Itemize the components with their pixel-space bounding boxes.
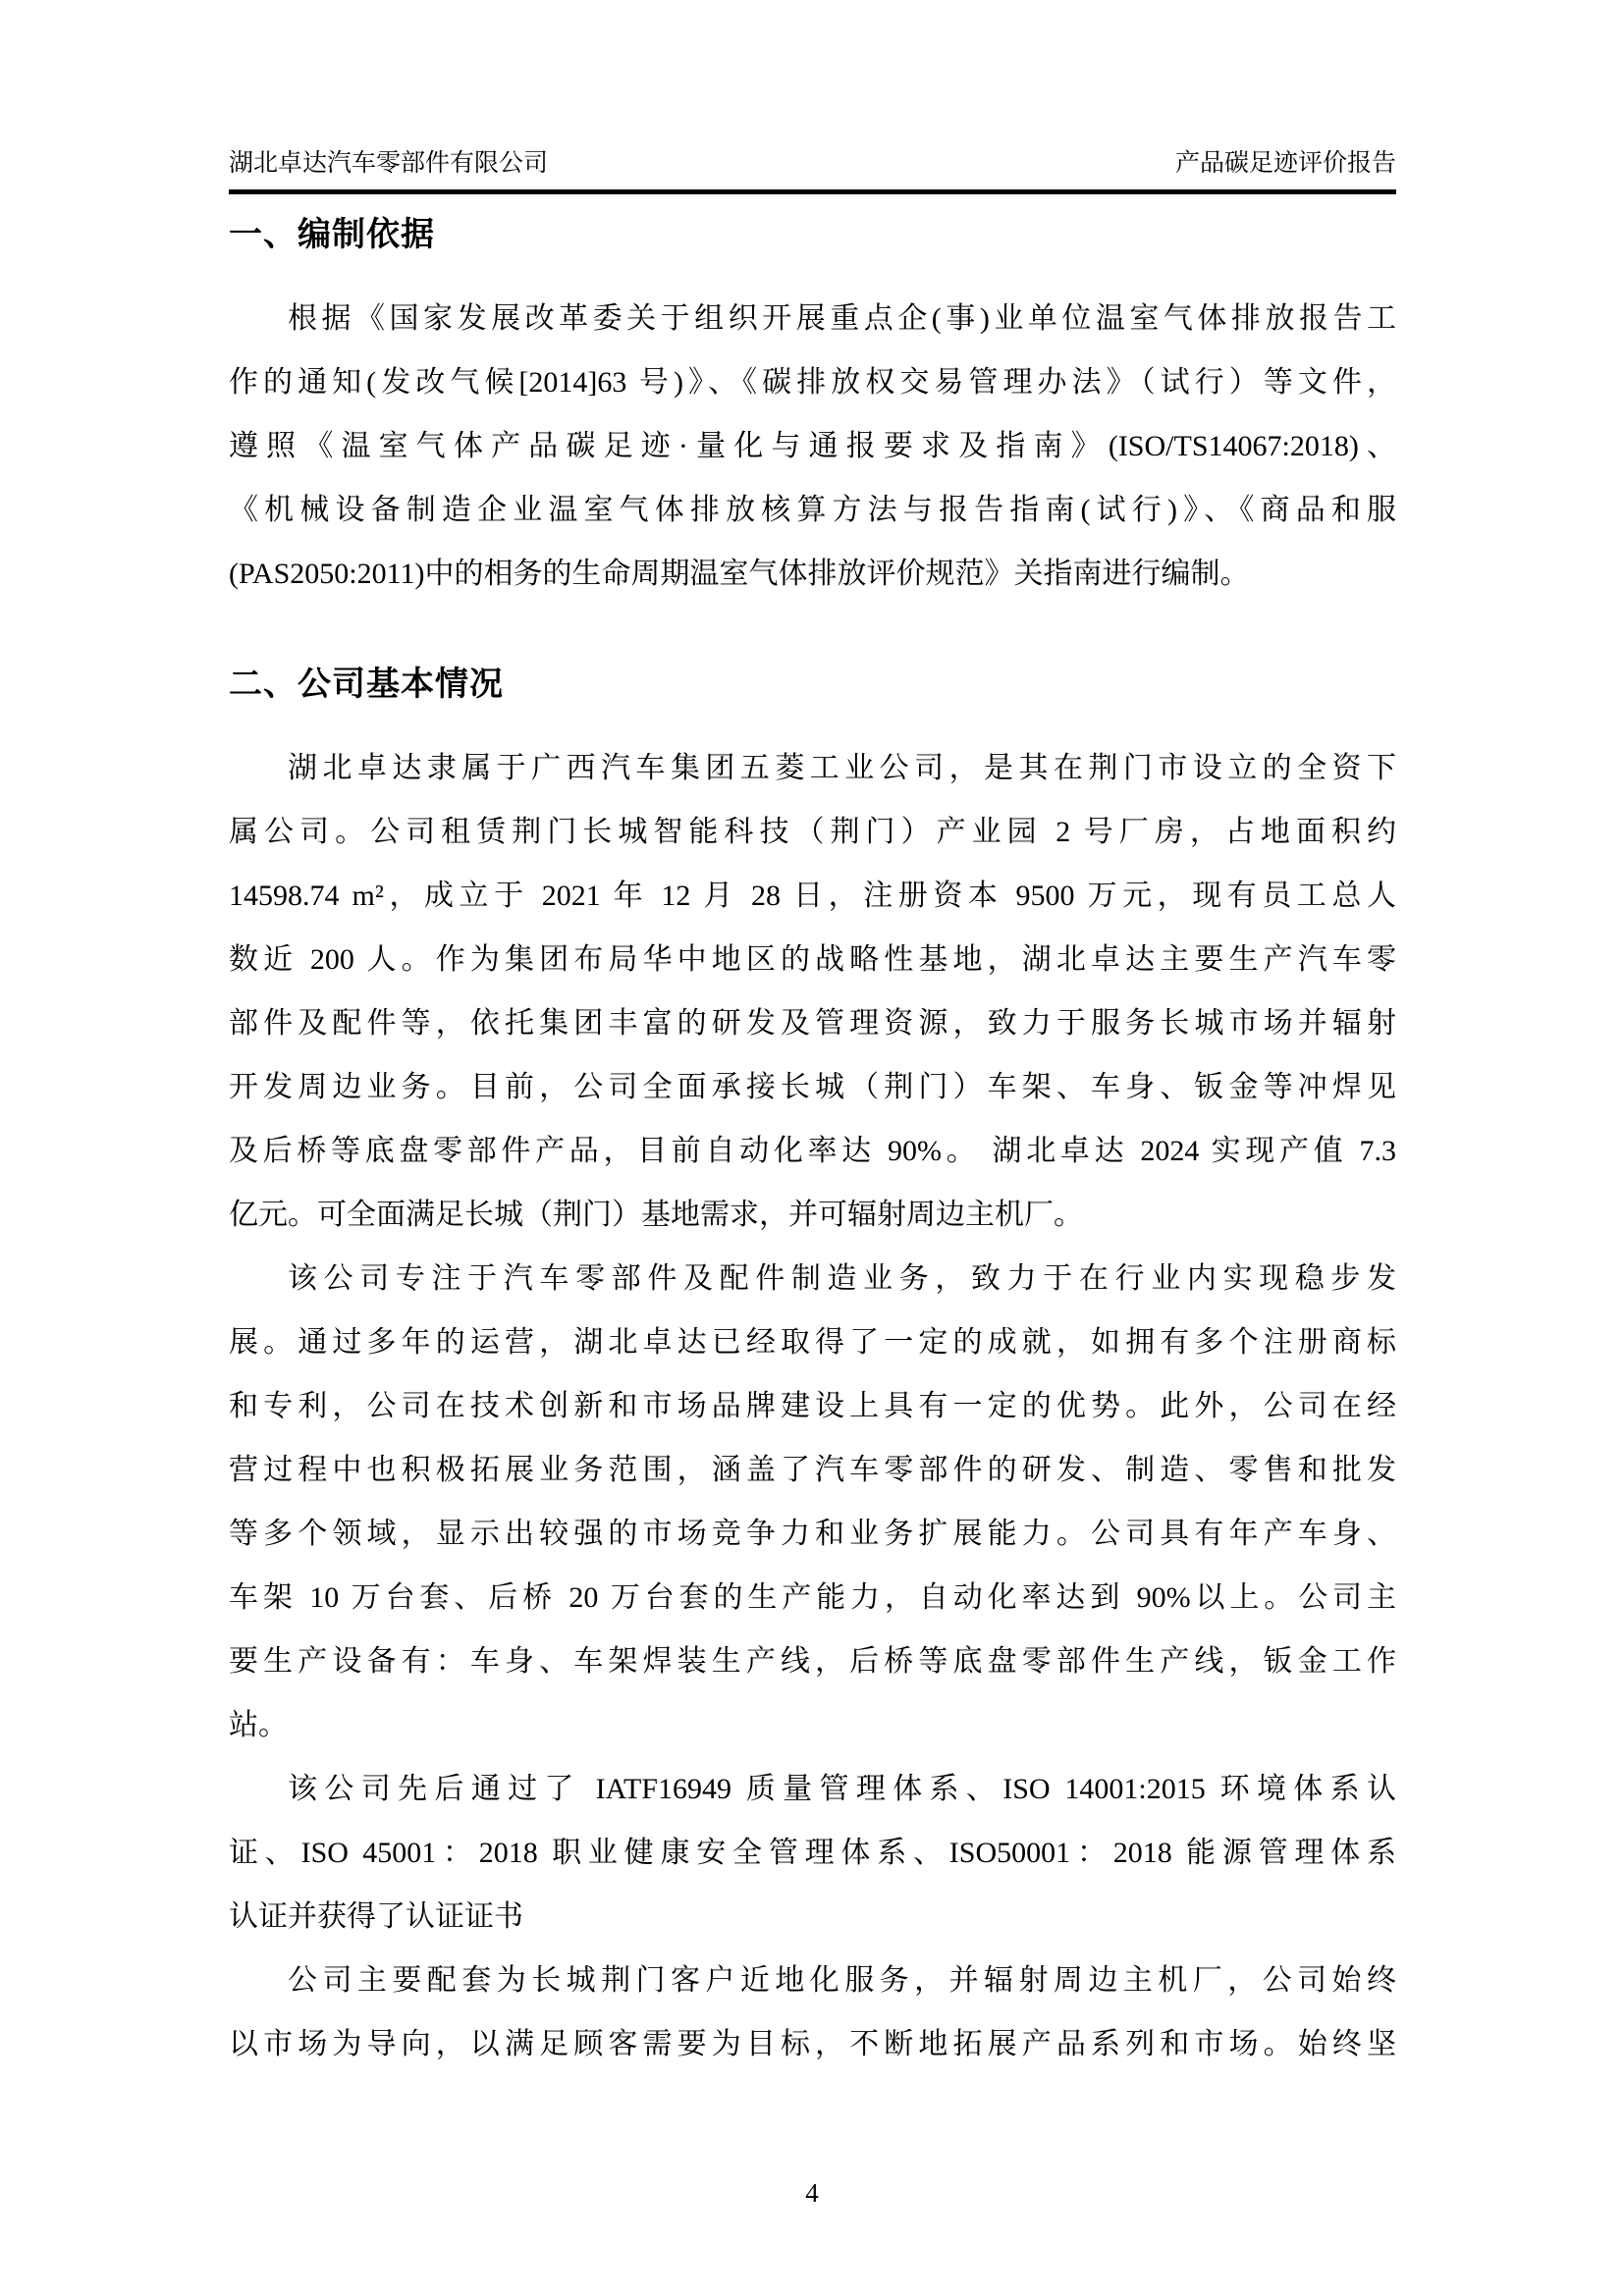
section-heading: 二、公司基本情况 [229,662,1396,707]
text-line: 根据《国家发展改革委关于组织开展重点企(事)业单位温室气体排放报告工 [229,287,1396,350]
text-line: 车架 10 万台套、后桥 20 万台套的生产能力，自动化率达到 90%以上。公司… [229,1566,1396,1629]
text-line: 14598.74 m²，成立于 2021 年 12 月 28 日，注册资本 95… [229,864,1396,928]
paragraph: 根据《国家发展改革委关于组织开展重点企(事)业单位温室气体排放报告工作的通知(发… [229,287,1396,606]
page-header: 湖北卓达汽车零部件有限公司 产品碳足迹评价报告 [229,0,1396,178]
text-line: 属公司。公司租赁荆门长城智能科技（荆门）产业园 2 号厂房，占地面积约 [229,800,1396,864]
document-page: 湖北卓达汽车零部件有限公司 产品碳足迹评价报告 一、编制依据根据《国家发展改革委… [0,0,1624,2296]
document-body: 一、编制依据根据《国家发展改革委关于组织开展重点企(事)业单位温室气体排放报告工… [229,212,1396,2076]
text-line: 展。通过多年的运营，湖北卓达已经取得了一定的成就，如拥有多个注册商标 [229,1310,1396,1374]
text-line: 及后桥等底盘零部件产品，目前自动化率达 90%。 湖北卓达 2024 实现产值 … [229,1119,1396,1183]
text-line: 营过程中也积极拓展业务范围，涵盖了汽车零部件的研发、制造、零售和批发 [229,1438,1396,1502]
text-line: 证、ISO 45001：2018 职业健康安全管理体系、ISO50001：201… [229,1821,1396,1885]
paragraph: 该公司先后通过了 IATF16949 质量管理体系、ISO 14001:2015… [229,1757,1396,1949]
paragraph: 湖北卓达隶属于广西汽车集团五菱工业公司，是其在荆门市设立的全资下属公司。公司租赁… [229,736,1396,1247]
header-divider [229,189,1396,194]
text-line: 该公司先后通过了 IATF16949 质量管理体系、ISO 14001:2015… [229,1757,1396,1821]
text-line: 要生产设备有：车身、车架焊装生产线，后桥等底盘零部件生产线，钣金工作 [229,1629,1396,1693]
text-line: 该公司专注于汽车零部件及配件制造业务，致力于在行业内实现稳步发 [229,1247,1396,1310]
text-line: 作的通知(发改气候[2014]63 号)》、《碳排放权交易管理办法》（试行）等文… [229,350,1396,414]
text-line: 遵照《温室气体产品碳足迹·量化与通报要求及指南》(ISO/TS14067:201… [229,414,1396,478]
text-line: 部件及配件等，依托集团丰富的研发及管理资源，致力于服务长城市场并辐射 [229,991,1396,1055]
text-line: 等多个领域，显示出较强的市场竞争力和业务扩展能力。公司具有年产车身、 [229,1502,1396,1566]
text-line: 湖北卓达隶属于广西汽车集团五菱工业公司，是其在荆门市设立的全资下 [229,736,1396,800]
page-number: 4 [0,2177,1624,2209]
text-line: 站。 [229,1693,1396,1757]
section-heading: 一、编制依据 [229,212,1396,257]
paragraph: 该公司专注于汽车零部件及配件制造业务，致力于在行业内实现稳步发展。通过多年的运营… [229,1247,1396,1757]
header-report-title: 产品碳足迹评价报告 [1175,150,1396,178]
paragraph: 公司主要配套为长城荆门客户近地化服务，并辐射周边主机厂，公司始终以市场为导向，以… [229,1949,1396,2076]
text-line: 公司主要配套为长城荆门客户近地化服务，并辐射周边主机厂，公司始终 [229,1949,1396,2012]
text-line: 《机械设备制造企业温室气体排放核算方法与报告指南(试行)》、《商品和服 [229,478,1396,542]
text-line: (PAS2050:2011)中的相务的生命周期温室气体排放评价规范》关指南进行编… [229,542,1396,606]
text-line: 数近 200 人。作为集团布局华中地区的战略性基地，湖北卓达主要生产汽车零 [229,928,1396,991]
header-company-name: 湖北卓达汽车零部件有限公司 [229,150,548,178]
text-line: 认证并获得了认证证书 [229,1885,1396,1949]
text-line: 亿元。可全面满足长城（荆门）基地需求，并可辐射周边主机厂。 [229,1183,1396,1247]
text-line: 以市场为导向，以满足顾客需要为目标，不断地拓展产品系列和市场。始终坚 [229,2012,1396,2076]
text-line: 开发周边业务。目前，公司全面承接长城（荆门）车架、车身、钣金等冲焊见 [229,1055,1396,1119]
text-line: 和专利，公司在技术创新和市场品牌建设上具有一定的优势。此外，公司在经 [229,1374,1396,1438]
